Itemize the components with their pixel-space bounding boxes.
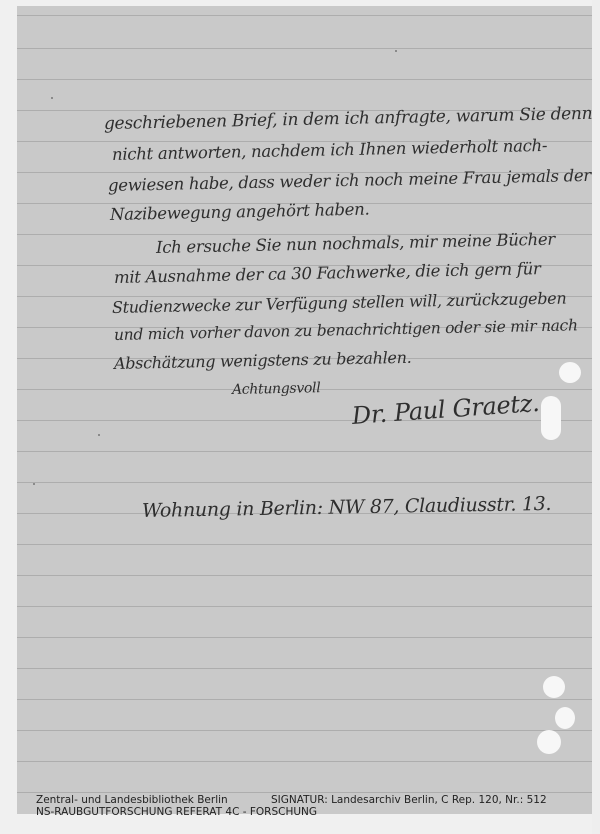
punch-hole bbox=[559, 362, 581, 383]
punch-hole bbox=[543, 676, 565, 698]
letter-closing: Achtungsvoll bbox=[232, 380, 321, 398]
paper-speck bbox=[33, 483, 35, 485]
punch-hole bbox=[537, 730, 561, 754]
page-edge bbox=[592, 0, 600, 834]
footer-institution: Zentral- und Landesbibliothek Berlin bbox=[36, 794, 228, 806]
footer-project: NS-RAUBGUTFORSCHUNG REFERAT 4C - FORSCHU… bbox=[36, 806, 317, 818]
paper-speck bbox=[395, 50, 397, 52]
punch-hole bbox=[541, 396, 561, 440]
punch-hole bbox=[555, 707, 575, 729]
footer-signature-ref: SIGNATUR: Landesarchiv Berlin, C Rep. 12… bbox=[271, 794, 547, 806]
paper-speck bbox=[51, 97, 53, 99]
paper-speck bbox=[98, 434, 100, 436]
